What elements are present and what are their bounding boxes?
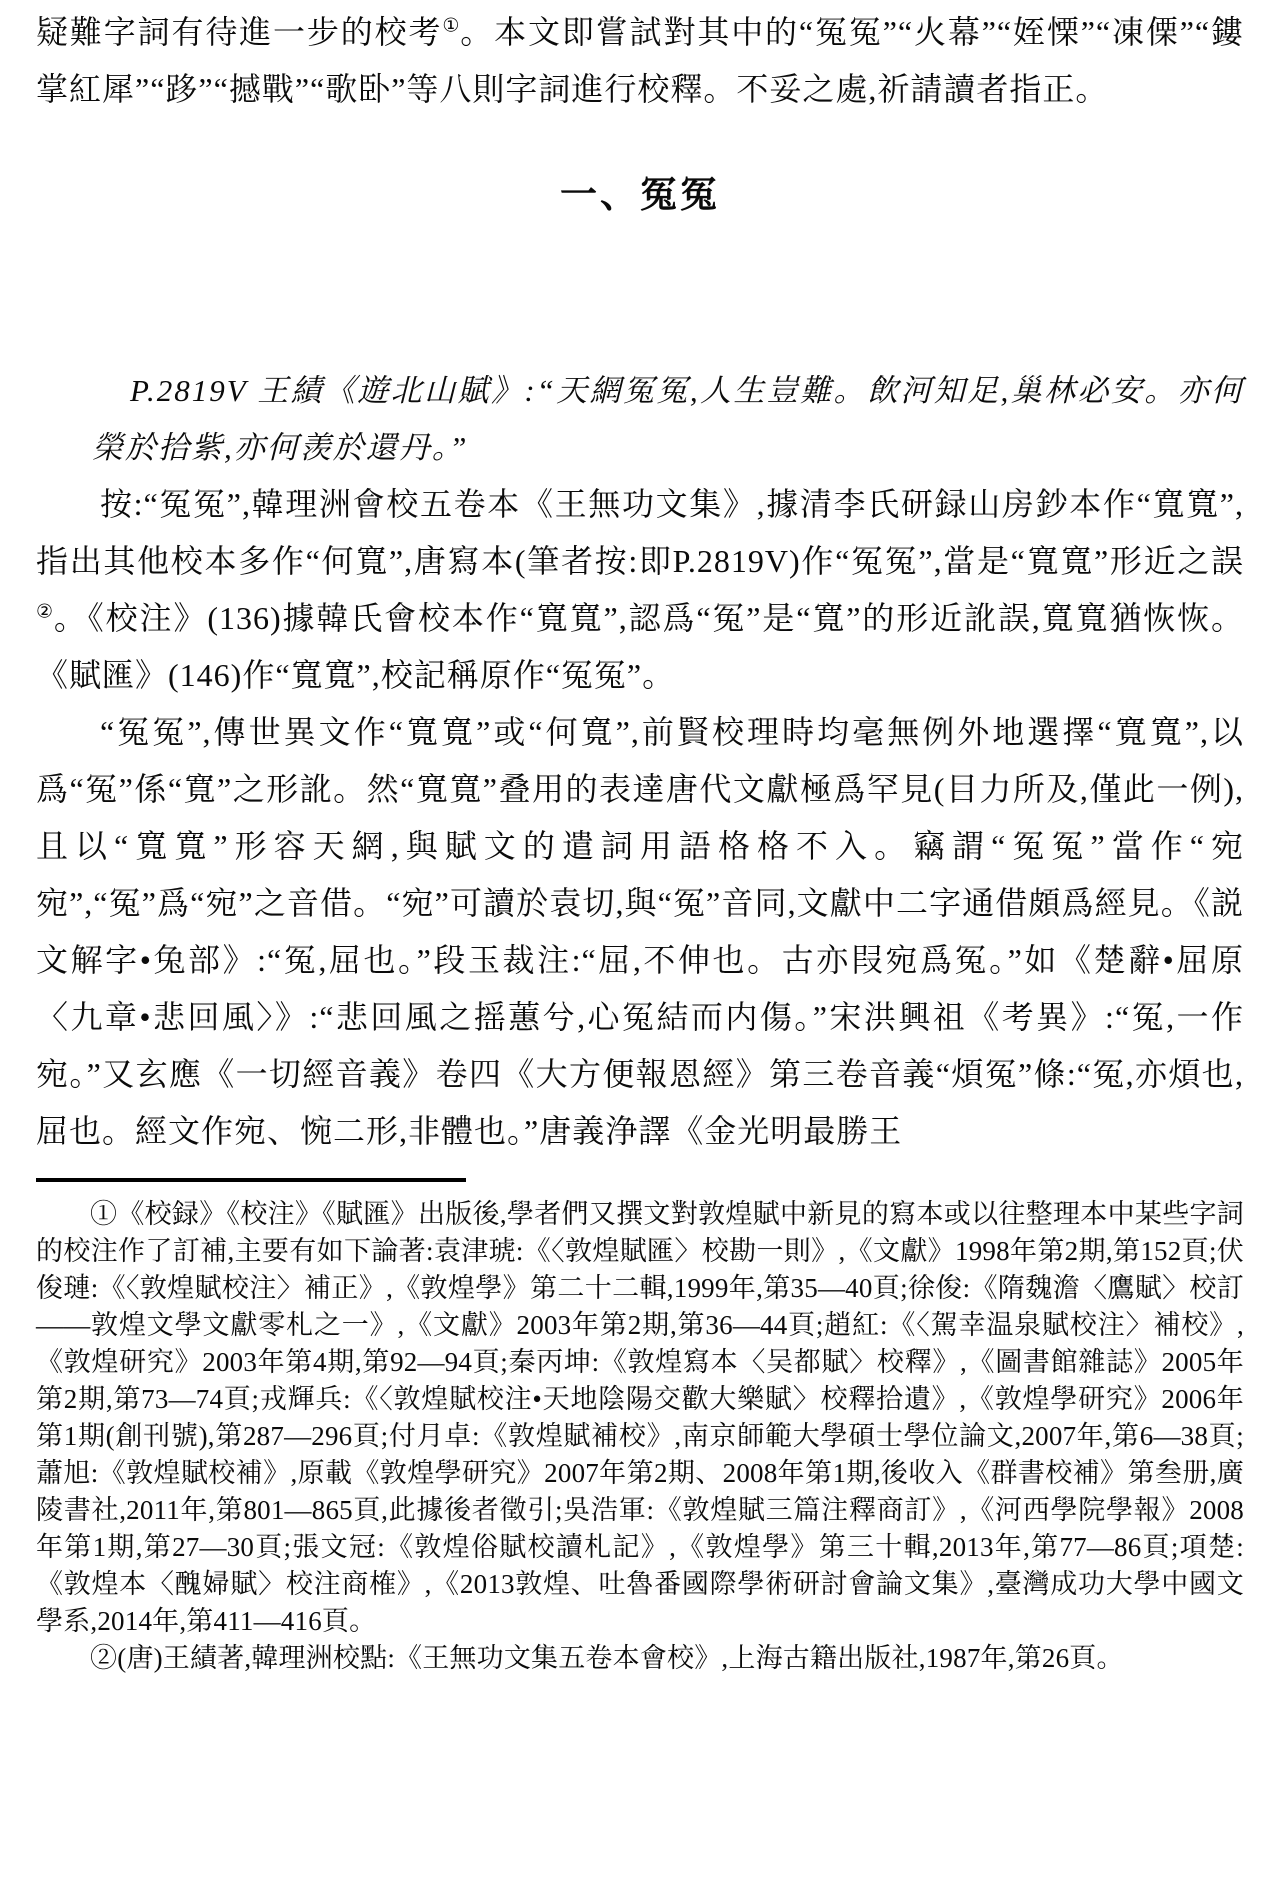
quote-block: P.2819V 王績《遊北山賦》:“天網冤冤,人生豈難。飲河知足,巢林必安。亦何… — [92, 362, 1244, 476]
section-heading: 一、冤冤 — [36, 170, 1244, 222]
collation-note-text-before-ref: 按:“冤冤”,韓理洲會校五卷本《王無功文集》,據清李氏研録山房鈔本作“寬寬”,指… — [36, 486, 1244, 579]
footnote-2-text: (唐)王績著,韓理洲校點:《王無功文集五卷本會校》,上海古籍出版社,1987年,… — [117, 1643, 1123, 1673]
footnote-2: ②(唐)王績著,韓理洲校點:《王無功文集五卷本會校》,上海古籍出版社,1987年… — [36, 1640, 1244, 1677]
footnote-separator — [36, 1178, 466, 1182]
intro-text-before-ref: 疑難字詞有待進一步的校考 — [36, 14, 442, 50]
footnote-ref-2: ② — [36, 601, 54, 622]
footnote-1: ①《校録》《校注》《賦匯》出版後,學者們又撰文對敦煌賦中新見的寫本或以往整理本中… — [36, 1196, 1244, 1640]
discussion-paragraph: “冤冤”,傳世異文作“寬寬”或“何寬”,前賢校理時均毫無例外地選擇“寬寬”,以爲… — [36, 704, 1244, 1160]
footnote-1-text: 《校録》《校注》《賦匯》出版後,學者們又撰文對敦煌賦中新見的寫本或以往整理本中某… — [36, 1199, 1244, 1636]
footnote-ref-1: ① — [442, 15, 460, 36]
footnote-1-marker: ① — [90, 1199, 117, 1229]
collation-note-text-after-ref: 。《校注》(136)據韓氏會校本作“寬寬”,認爲“冤”是“寬”的形近訛誤,寬寬猶… — [36, 600, 1244, 693]
document-page: 疑難字詞有待進一步的校考①。本文即嘗試對其中的“冤冤”“火幕”“姪慄”“凍傈”“… — [0, 0, 1280, 1885]
collation-note-paragraph: 按:“冤冤”,韓理洲會校五卷本《王無功文集》,據清李氏研録山房鈔本作“寬寬”,指… — [36, 476, 1244, 704]
intro-paragraph: 疑難字詞有待進一步的校考①。本文即嘗試對其中的“冤冤”“火幕”“姪慄”“凍傈”“… — [36, 4, 1244, 118]
footnotes-section: ①《校録》《校注》《賦匯》出版後,學者們又撰文對敦煌賦中新見的寫本或以往整理本中… — [36, 1196, 1244, 1677]
footnote-2-marker: ② — [90, 1643, 117, 1673]
